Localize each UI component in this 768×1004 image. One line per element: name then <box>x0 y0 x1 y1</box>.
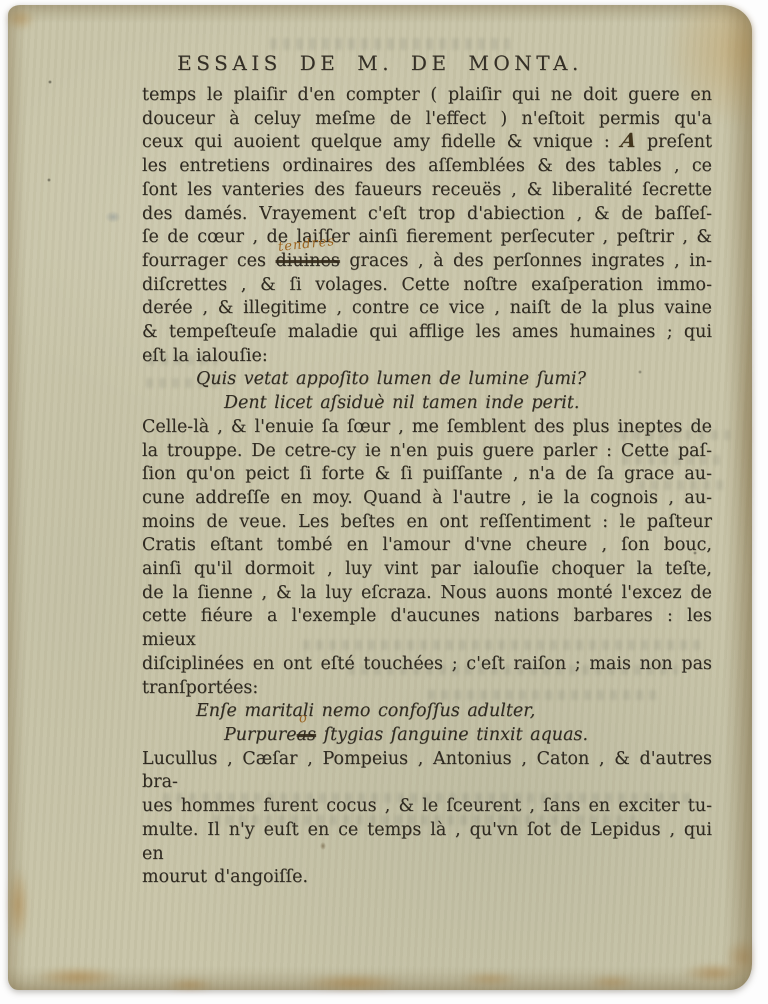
scan-background: ESSAIS DE M. DE MONTA. temps le plaiſir … <box>0 0 768 1004</box>
text-segment: Purpure <box>224 725 297 745</box>
text-segment: les entretiens ordinaires des aſſemblées… <box>142 156 712 176</box>
text-segment: la trouppe. De cetre-cy ie n'en puis gue… <box>142 441 712 461</box>
text-segment: des damés. Vrayement c'eſt trop d'abiect… <box>142 204 712 224</box>
text-segment: ues hommes furent cocus , & le ſceurent … <box>142 796 712 816</box>
text-segment: ſont les vanteries des faueurs receuës ,… <box>142 180 712 200</box>
text-segment: ainſi qu'il dormoit , luy vint par ialou… <box>142 559 712 579</box>
text-segment: fourrager ces <box>142 251 276 271</box>
text-line: diſciplinées en ont eſté touchées ; c'eſ… <box>142 653 712 677</box>
text-line: ues hommes furent cocus , & le ſceurent … <box>142 795 712 819</box>
text-segment: ſion qu'on peict ſi forte & ſi puiſſante… <box>142 464 712 484</box>
text-line: moins de veue. Les beſtes en ont reſſent… <box>142 511 712 535</box>
text-line: mourut d'angoiſſe. <box>142 866 712 890</box>
text-segment: Dent licet aſsiduè nil tamen inde perit. <box>224 393 579 413</box>
text-line: & tempeſteuſe maladie qui afflige les am… <box>142 321 712 345</box>
text-segment: moins de veue. Les beſtes en ont reſſent… <box>142 512 712 532</box>
text-line: ſont les vanteries des faueurs receuës ,… <box>142 179 712 203</box>
struck-word: diuinestendres <box>276 251 340 271</box>
text-segment: graces , à des perſonnes ingrates , in- <box>340 251 712 271</box>
handwritten-insert: A <box>619 131 637 151</box>
handwritten-correction: o <box>298 712 308 726</box>
struck-word: aso <box>297 725 316 745</box>
text-segment: Enſe maritali nemo confoſſus adulter, <box>196 701 535 721</box>
text-line: les entretiens ordinaires des aſſemblées… <box>142 155 712 179</box>
text-line: tranſportées: <box>142 677 712 701</box>
text-line: eſt la ialouſie: <box>142 345 712 369</box>
text-segment: Cratis eſtant tombé en l'amour d'vne che… <box>142 535 712 555</box>
text-line: fourrager ces diuinestendres graces , à … <box>142 250 712 274</box>
text-segment: tranſportées: <box>142 678 258 698</box>
text-segment: ſtygias ſanguine tinxit aquas. <box>316 725 588 745</box>
text-segment: mourut d'angoiſſe. <box>142 867 308 887</box>
text-line: ſion qu'on peict ſi forte & ſi puiſſante… <box>142 463 712 487</box>
text-segment: cune addreſſe en moy. Quand à l'autre , … <box>142 488 712 508</box>
bleedthrough-ghost <box>270 38 510 50</box>
text-line: la trouppe. De cetre-cy ie n'en puis gue… <box>142 440 712 464</box>
text-segment: temps le plaiſir d'en compter ( plaiſir … <box>142 85 712 105</box>
text-segment: ſe de cœur , de laiſſer ainſi fierement … <box>142 227 712 247</box>
text-line: multe. Il n'y euſt en ce temps là , qu'v… <box>142 819 712 866</box>
text-line: Celle-là , & l'enuie ſa ſœur , me ſemble… <box>142 416 712 440</box>
text-line: Purpureaso ſtygias ſanguine tinxit aquas… <box>142 724 712 748</box>
text-line: Enſe maritali nemo confoſſus adulter, <box>142 700 712 724</box>
text-segment: douceur à celuy meſme de l'effect ) n'eſ… <box>142 109 712 129</box>
text-segment: de la ſienne , & la luy eſcraza. Nous au… <box>142 583 712 603</box>
text-segment: Celle-là , & l'enuie ſa ſœur , me ſemble… <box>142 417 712 437</box>
book-page: ESSAIS DE M. DE MONTA. temps le plaiſir … <box>8 5 752 990</box>
text-segment: diſcrettes , & ſi volages. Cette noſtre … <box>142 275 712 295</box>
text-line: douceur à celuy meſme de l'effect ) n'eſ… <box>142 108 712 132</box>
text-line: des damés. Vrayement c'eſt trop d'abiect… <box>142 203 712 227</box>
text-line: ainſi qu'il dormoit , luy vint par ialou… <box>142 558 712 582</box>
text-segment: eſt la ialouſie: <box>142 346 268 366</box>
text-line: ceux qui auoient quelque amy fidelle & v… <box>142 131 712 155</box>
text-line: Dent licet aſsiduè nil tamen inde perit. <box>142 392 712 416</box>
text-segment: & tempeſteuſe maladie qui afflige les am… <box>142 322 712 342</box>
text-segment: preſent <box>636 132 712 152</box>
text-segment: diſciplinées en ont eſté touchées ; c'eſ… <box>142 654 712 674</box>
text-line: derée , & illegitime , contre ce vice , … <box>142 297 712 321</box>
text-line: temps le plaiſir d'en compter ( plaiſir … <box>142 84 712 108</box>
page-body: temps le plaiſir d'en compter ( plaiſir … <box>8 84 752 890</box>
text-line: Cratis eſtant tombé en l'amour d'vne che… <box>142 534 712 558</box>
text-segment: multe. Il n'y euſt en ce temps là , qu'v… <box>142 820 712 864</box>
text-line: Quis vetat appoſito lumen de lumine ſumi… <box>142 368 712 392</box>
text-line: ſe de cœur , de laiſſer ainſi fierement … <box>142 226 712 250</box>
text-line: diſcrettes , & ſi volages. Cette noſtre … <box>142 274 712 298</box>
text-segment: cette fiéure a l'exemple d'aucunes natio… <box>142 606 712 650</box>
text-segment: Quis vetat appoſito lumen de lumine ſumi… <box>196 369 586 389</box>
text-line: cune addreſſe en moy. Quand à l'autre , … <box>142 487 712 511</box>
running-header: ESSAIS DE M. DE MONTA. <box>8 51 752 77</box>
text-line: cette fiéure a l'exemple d'aucunes natio… <box>142 605 712 652</box>
text-line: de la ſienne , & la luy eſcraza. Nous au… <box>142 582 712 606</box>
text-segment: derée , & illegitime , contre ce vice , … <box>142 298 712 318</box>
text-line: Lucullus , Cæſar , Pompeius , Antonius ,… <box>142 748 712 795</box>
text-segment: Lucullus , Cæſar , Pompeius , Antonius ,… <box>142 749 712 793</box>
text-segment: ceux qui auoient quelque amy fidelle & v… <box>142 132 621 152</box>
